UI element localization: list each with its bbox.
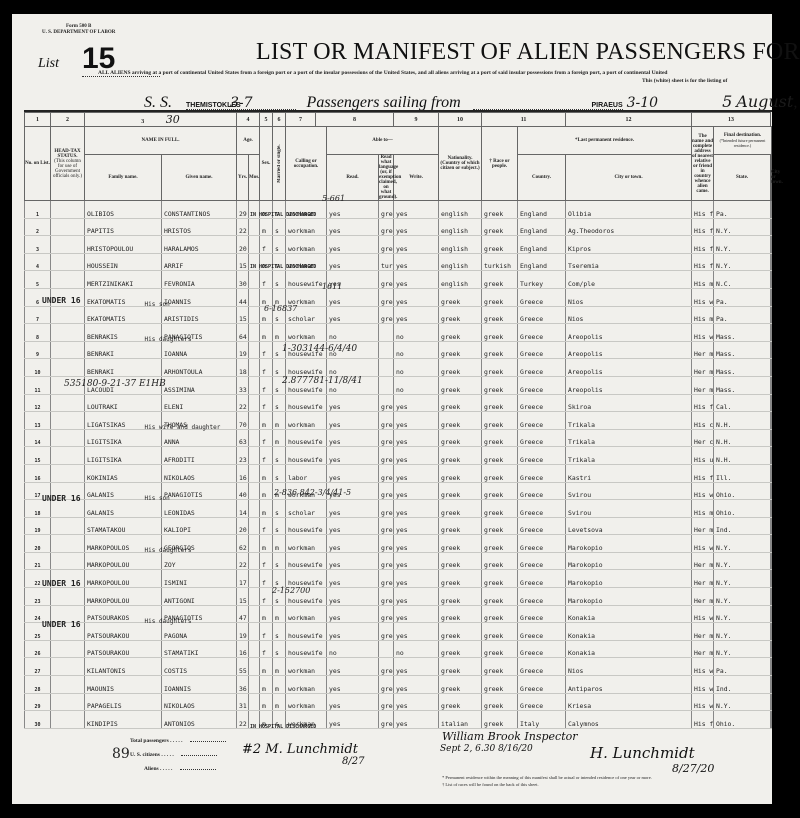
race: greek: [482, 640, 518, 658]
destination-city: New-York: [771, 218, 772, 236]
family-name: MAOUNIS: [85, 676, 162, 694]
sex: m: [260, 412, 273, 430]
sex: m: [260, 482, 273, 500]
family-name: MARKOPOULOU: [85, 588, 162, 606]
age-months: [249, 218, 260, 236]
table-row: 26PATSOURAKOUSTAMATIKI16fshousewifenonog…: [25, 640, 772, 658]
header-name-in-full: NAME IN FULL.: [85, 127, 237, 155]
family-name: PATSOURAKOU: [85, 640, 162, 658]
nationality: greek: [439, 570, 482, 588]
destination-city: New-York: [771, 570, 772, 588]
given-name: AFRODITI: [162, 447, 237, 465]
residence-country: Greece: [518, 517, 566, 535]
destination-state: Pa.: [714, 658, 771, 676]
manifest-table: 1 2 3 30 4 5 6 7 8 9 10 11 12 13 No. on …: [24, 110, 772, 729]
residence-country: Greece: [518, 447, 566, 465]
race: greek: [482, 324, 518, 342]
signature-right-date: 8/27/20: [672, 762, 714, 775]
nearest-relative: His wife Aralina Antiparos Gr.: [692, 676, 714, 694]
header-nationality: Nationality. (Country of which citizen o…: [439, 127, 482, 201]
destination-city: Los Angeles: [771, 394, 772, 412]
nearest-relative: His wife Assimoula Areopolis: [692, 324, 714, 342]
family-name: GALANIS: [85, 500, 162, 518]
age-years: 62: [237, 535, 249, 553]
family-name: STAMATAKOU: [85, 517, 162, 535]
can-write: yes: [394, 464, 439, 482]
destination-city: Ahoskie: [771, 271, 772, 289]
destination-city: South Bethlehem: [771, 201, 772, 218]
nationality: greek: [439, 288, 482, 306]
age-years: 16: [237, 640, 249, 658]
residence-city: Levetsova: [566, 517, 692, 535]
marital-status: s: [273, 394, 286, 412]
can-write: yes: [394, 623, 439, 641]
can-read: yes: [327, 588, 379, 606]
age-months: [249, 658, 260, 676]
age-years: 70: [237, 412, 249, 430]
given-name: STAMATIKI: [162, 640, 237, 658]
sex: f: [260, 588, 273, 606]
occupation: workman: [286, 676, 327, 694]
marital-status: s: [273, 271, 286, 289]
destination-city: E.Youngstown: [771, 711, 772, 729]
destination-city: Lowell: [771, 359, 772, 377]
nearest-relative: Her mother as above: [692, 640, 714, 658]
header-head-tax: HEAD-TAX STATUS.(This column for use of …: [51, 127, 85, 201]
head-tax-cell: [51, 676, 85, 694]
residence-city: Trikala: [566, 429, 692, 447]
relationship-note: His wife and daughter: [145, 424, 221, 431]
can-read: yes: [327, 394, 379, 412]
age-years: 29: [237, 201, 249, 218]
can-write: yes: [394, 570, 439, 588]
nationality: greek: [439, 623, 482, 641]
age-years: 44: [237, 288, 249, 306]
header-country: Country.: [518, 155, 566, 201]
residence-city: Trikala: [566, 447, 692, 465]
age-years: 15: [237, 306, 249, 324]
table-row: 28MAOUNISIOANNIS36mmworkmanyesgreekyesgr…: [25, 676, 772, 694]
can-read: yes: [327, 552, 379, 570]
table-row: 20MARKOPOULOSGEORGIOS62mmworkmanyesgreek…: [25, 535, 772, 553]
destination-city: Indianapolis: [771, 517, 772, 535]
marital-status: s: [273, 552, 286, 570]
occupation: workman: [286, 535, 327, 553]
age-months: [249, 517, 260, 535]
race: greek: [482, 218, 518, 236]
residence-country: Greece: [518, 658, 566, 676]
sailing-from-label: Passengers sailing from: [307, 94, 461, 111]
table-row: 2PAPITISHRISTOS22msworkmanyesgreekyeseng…: [25, 218, 772, 236]
race: turkish: [482, 253, 518, 271]
race: greek: [482, 693, 518, 711]
can-write: yes: [394, 588, 439, 606]
nationality: greek: [439, 605, 482, 623]
age-months: [249, 535, 260, 553]
destination-state: N.Y.: [714, 552, 771, 570]
given-name: CONSTANTINOS: [162, 201, 237, 218]
marital-status: m: [273, 658, 286, 676]
read-language: greek: [379, 412, 394, 430]
read-language: greek: [379, 306, 394, 324]
nearest-relative: His father Georgios Skiros Gr.: [692, 394, 714, 412]
can-write: yes: [394, 482, 439, 500]
can-read: yes: [327, 447, 379, 465]
age-years: 31: [237, 693, 249, 711]
age-years: 33: [237, 376, 249, 394]
nearest-relative: His father Hristodoulos Kipros: [692, 236, 714, 254]
table-row: 19STAMATAKOUKALIOPI20fshousewifeyesgreek…: [25, 517, 772, 535]
row-number: 12: [25, 394, 51, 412]
table-row: 29PAPAGELISNIKOLAOS31mmworkmanyesgreekye…: [25, 693, 772, 711]
nationality: greek: [439, 376, 482, 394]
race: greek: [482, 570, 518, 588]
table-row: 14LIGITSIKAANNA63fmhousewifeyesgreekyesg…: [25, 429, 772, 447]
head-tax-cell: [51, 640, 85, 658]
age-months: [249, 605, 260, 623]
age-years: 40: [237, 482, 249, 500]
destination-city: Canton: [771, 482, 772, 500]
destination-state: N.C.: [714, 271, 771, 289]
given-name: ARRIF: [162, 253, 237, 271]
row-number: 29: [25, 693, 51, 711]
col-num-12: 12: [566, 113, 692, 127]
can-read: yes: [327, 429, 379, 447]
residence-country: Greece: [518, 535, 566, 553]
sex: m: [260, 605, 273, 623]
handwritten-note: 5-661: [322, 194, 345, 203]
header-race: † Race or people.: [482, 127, 518, 201]
relationship-note: His daughters: [145, 547, 192, 554]
table-row: 21MARKOPOULOUZOY22fshousewifeyesgreekyes…: [25, 552, 772, 570]
col-num-13: 13: [692, 113, 771, 127]
nearest-relative: Her mother as above: [692, 588, 714, 606]
under-16-stamp: UNDER 16: [42, 579, 81, 588]
relationship-note: His daughters: [145, 618, 192, 625]
residence-city: Olibia: [566, 201, 692, 218]
age-months: [249, 588, 260, 606]
destination-city: Chicago: [771, 464, 772, 482]
row-number: 13: [25, 412, 51, 430]
sex: f: [260, 429, 273, 447]
age-months: [249, 306, 260, 324]
nearest-relative: His wife Diamanto Svirou Gr.: [692, 482, 714, 500]
age-years: 17: [237, 570, 249, 588]
given-name: COSTIS: [162, 658, 237, 676]
page-title: LIST OR MANIFEST OF ALIEN PASSENGERS FOR…: [256, 39, 800, 66]
marital-status: s: [273, 640, 286, 658]
under-16-stamp: UNDER 16: [42, 296, 81, 305]
can-write: no: [394, 376, 439, 394]
under-16-stamp: UNDER 16: [42, 620, 81, 629]
handwritten-note: 1-303144-6/4/40: [282, 344, 357, 354]
read-language: greek: [379, 605, 394, 623]
relationship-note: His son: [145, 495, 170, 502]
signature-right: H. Lunchmidt: [590, 744, 695, 762]
header-age: Age.: [237, 127, 260, 155]
port-name: PIRAEUS: [473, 102, 623, 110]
destination-city: Gary: [771, 676, 772, 694]
given-name: ASSIMINA: [162, 376, 237, 394]
sex: m: [260, 500, 273, 518]
destination-state: Pa.: [714, 288, 771, 306]
race: greek: [482, 658, 518, 676]
destination-city: New-York: [771, 535, 772, 553]
handwritten-note: 2-152700: [272, 586, 310, 595]
read-language: turkish: [379, 253, 394, 271]
race: greek: [482, 236, 518, 254]
table-row: 5MERTZINIKAKIFEVRONIA30fshousewifeyesgre…: [25, 271, 772, 289]
marital-status: s: [273, 500, 286, 518]
head-tax-cell: [51, 464, 85, 482]
marital-status: m: [273, 605, 286, 623]
occupation: housewife: [286, 359, 327, 377]
head-tax-cell: [51, 271, 85, 289]
handwritten-note: 535180-9-21-37 E1HB: [64, 379, 166, 389]
family-name: EKATOMATIS: [85, 306, 162, 324]
destination-state: Mass.: [714, 359, 771, 377]
race: greek: [482, 412, 518, 430]
nearest-relative: Her mother as above: [692, 623, 714, 641]
residence-city: Calymnos: [566, 711, 692, 729]
destination-state: Ohio.: [714, 482, 771, 500]
destination-state: N.Y.: [714, 570, 771, 588]
header-married: Married or single.: [273, 127, 286, 201]
destination-city: Birmingham: [771, 447, 772, 465]
read-language: greek: [379, 517, 394, 535]
footnote-residence: * Permanent residence within the meaning…: [442, 774, 652, 781]
row-number: 10: [25, 359, 51, 377]
marital-status: m: [273, 324, 286, 342]
destination-city: Briarcliff Manor: [771, 236, 772, 254]
race: greek: [482, 464, 518, 482]
age-years: 63: [237, 429, 249, 447]
list-label: List: [38, 56, 59, 72]
age-years: 15: [237, 588, 249, 606]
destination-city: New-York: [771, 253, 772, 271]
nearest-relative: His wife Argyro Nios Greece: [692, 288, 714, 306]
destination-state: Mass.: [714, 341, 771, 359]
nearest-relative: Her cousin as above: [692, 429, 714, 447]
head-tax-cell: [51, 693, 85, 711]
age-months: [249, 693, 260, 711]
age-months: [249, 640, 260, 658]
age-years: 22: [237, 218, 249, 236]
race: greek: [482, 605, 518, 623]
given-name: HRISTOS: [162, 218, 237, 236]
marital-status: m: [273, 412, 286, 430]
occupation: housewife: [286, 447, 327, 465]
residence-country: Greece: [518, 324, 566, 342]
table-row: 17GALANISPANAGIOTIS40mmworkmanyesgreekye…: [25, 482, 772, 500]
col-num-7: 7: [286, 113, 316, 127]
race: greek: [482, 394, 518, 412]
department-label: U. S. DEPARTMENT OF LABOR: [42, 30, 115, 36]
residence-country: Greece: [518, 588, 566, 606]
occupation: housewife: [286, 623, 327, 641]
residence-country: Turkey: [518, 271, 566, 289]
row-number: 27: [25, 658, 51, 676]
destination-city: New-York: [771, 552, 772, 570]
read-language: greek: [379, 447, 394, 465]
nearest-relative: Her mother as above: [692, 376, 714, 394]
residence-country: Greece: [518, 341, 566, 359]
destination-state: Pa.: [714, 306, 771, 324]
table-row: 12LOUTRAKIELENI22fshousewifeyesgreekyesg…: [25, 394, 772, 412]
table-row: 8BENRAKISPANAGIOTIS64mmworkmannonogreekg…: [25, 324, 772, 342]
nationality: english: [439, 218, 482, 236]
occupation: housewife: [286, 394, 327, 412]
occupation: housewife: [286, 429, 327, 447]
family-name: OLIBIOS: [85, 201, 162, 218]
row-number: 14: [25, 429, 51, 447]
row-number: 21: [25, 552, 51, 570]
can-read: no: [327, 640, 379, 658]
read-language: greek: [379, 271, 394, 289]
occupation: workman: [286, 693, 327, 711]
read-language: greek: [379, 464, 394, 482]
header-sex: Sex.: [260, 127, 273, 201]
header-city: City or town.: [566, 155, 692, 201]
column-header: 1 2 3 30 4 5 6 7 8 9 10 11 12 13 No. on …: [24, 112, 772, 201]
race: greek: [482, 359, 518, 377]
residence-city: Marokopio: [566, 535, 692, 553]
family-name: KINDIPIS: [85, 711, 162, 729]
family-name: HRISTOPOULOU: [85, 236, 162, 254]
age-years: 19: [237, 623, 249, 641]
us-citizens: U. S. citizens . . . . .: [130, 748, 226, 762]
destination-city: Lowell: [771, 324, 772, 342]
given-name: PAGONA: [162, 623, 237, 641]
age-months: [249, 500, 260, 518]
can-write: yes: [394, 201, 439, 218]
marital-status: m: [273, 676, 286, 694]
can-write: yes: [394, 500, 439, 518]
family-name: PAPITIS: [85, 218, 162, 236]
row-number: 8: [25, 324, 51, 342]
handwritten-note: 1611: [322, 282, 342, 291]
age-months: [249, 570, 260, 588]
handwritten-note: 6-16837: [264, 304, 297, 313]
race: greek: [482, 306, 518, 324]
age-months: [249, 552, 260, 570]
residence-country: Greece: [518, 412, 566, 430]
nearest-relative: His mother Eleni Com/ple Turk.: [692, 271, 714, 289]
family-name: KOKINIAS: [85, 464, 162, 482]
sex: m: [260, 324, 273, 342]
residence-city: Konakia: [566, 623, 692, 641]
residence-country: Greece: [518, 623, 566, 641]
nationality: greek: [439, 500, 482, 518]
sex: f: [260, 376, 273, 394]
can-write: yes: [394, 253, 439, 271]
nationality: greek: [439, 429, 482, 447]
read-language: greek: [379, 535, 394, 553]
residence-city: Nios: [566, 306, 692, 324]
occupation: workman: [286, 324, 327, 342]
marital-status: s: [273, 464, 286, 482]
residence-country: Greece: [518, 376, 566, 394]
age-months: [249, 623, 260, 641]
residence-city: Kipros: [566, 236, 692, 254]
residence-city: Trikala: [566, 412, 692, 430]
head-tax-cell: [51, 658, 85, 676]
race: greek: [482, 341, 518, 359]
family-name: LIGITSIKA: [85, 447, 162, 465]
given-name: KALIOPI: [162, 517, 237, 535]
age-months: [249, 676, 260, 694]
read-language: [379, 640, 394, 658]
read-language: greek: [379, 429, 394, 447]
sex: m: [260, 693, 273, 711]
residence-city: Kriesa: [566, 693, 692, 711]
head-tax-cell: [51, 324, 85, 342]
can-write: yes: [394, 288, 439, 306]
occupation: workman: [286, 412, 327, 430]
nearest-relative: His uncle as above: [692, 447, 714, 465]
date-day: 5: [722, 92, 732, 111]
col-num-11: 11: [482, 113, 566, 127]
read-language: [379, 359, 394, 377]
can-write: no: [394, 359, 439, 377]
nationality: greek: [439, 658, 482, 676]
col-num-6: 6: [273, 113, 286, 127]
head-tax-cell: [51, 306, 85, 324]
row-number: 28: [25, 676, 51, 694]
header-relative: The name and complete address of nearest…: [692, 127, 714, 201]
signature-left-date: 8/27: [342, 756, 364, 767]
race: greek: [482, 588, 518, 606]
row-number: 4: [25, 253, 51, 271]
nearest-relative: Her mother as above: [692, 341, 714, 359]
date-month: August: [736, 92, 793, 111]
can-read: yes: [327, 201, 379, 218]
race: greek: [482, 535, 518, 553]
nationality: greek: [439, 341, 482, 359]
marital-status: s: [273, 236, 286, 254]
signature-left: #2 M. Lunchmidt: [242, 742, 358, 757]
nearest-relative: His cousin Hrist. Trikala Gr.: [692, 412, 714, 430]
given-name: IOANNIS: [162, 676, 237, 694]
row-number: 19: [25, 517, 51, 535]
sex: f: [260, 447, 273, 465]
sex: f: [260, 359, 273, 377]
given-name: ANTONIOS: [162, 711, 237, 729]
family-name: LOUTRAKI: [85, 394, 162, 412]
given-name: LEONIDAS: [162, 500, 237, 518]
nearest-relative: His father Georgios Calymnos: [692, 711, 714, 729]
table-row: 13LIGATSIKASTHOMAS70mmworkmanyesgreekyes…: [25, 412, 772, 430]
can-read: yes: [327, 253, 379, 271]
residence-country: Greece: [518, 288, 566, 306]
age-years: 20: [237, 517, 249, 535]
marital-status: m: [273, 535, 286, 553]
residence-city: Nios: [566, 288, 692, 306]
head-tax-cell: [51, 588, 85, 606]
residence-country: Greece: [518, 676, 566, 694]
can-read: yes: [327, 693, 379, 711]
head-tax-cell: [51, 394, 85, 412]
sex: m: [260, 535, 273, 553]
family-name: KILANTONIS: [85, 658, 162, 676]
destination-state: Ohio.: [714, 711, 771, 729]
nationality: english: [439, 236, 482, 254]
residence-city: Marokopio: [566, 588, 692, 606]
occupation: workman: [286, 218, 327, 236]
table-row: 30KINDIPISANTONIOS22msworkmanyesgreekyes…: [25, 711, 772, 729]
age-years: 14: [237, 500, 249, 518]
head-tax-cell: [51, 552, 85, 570]
